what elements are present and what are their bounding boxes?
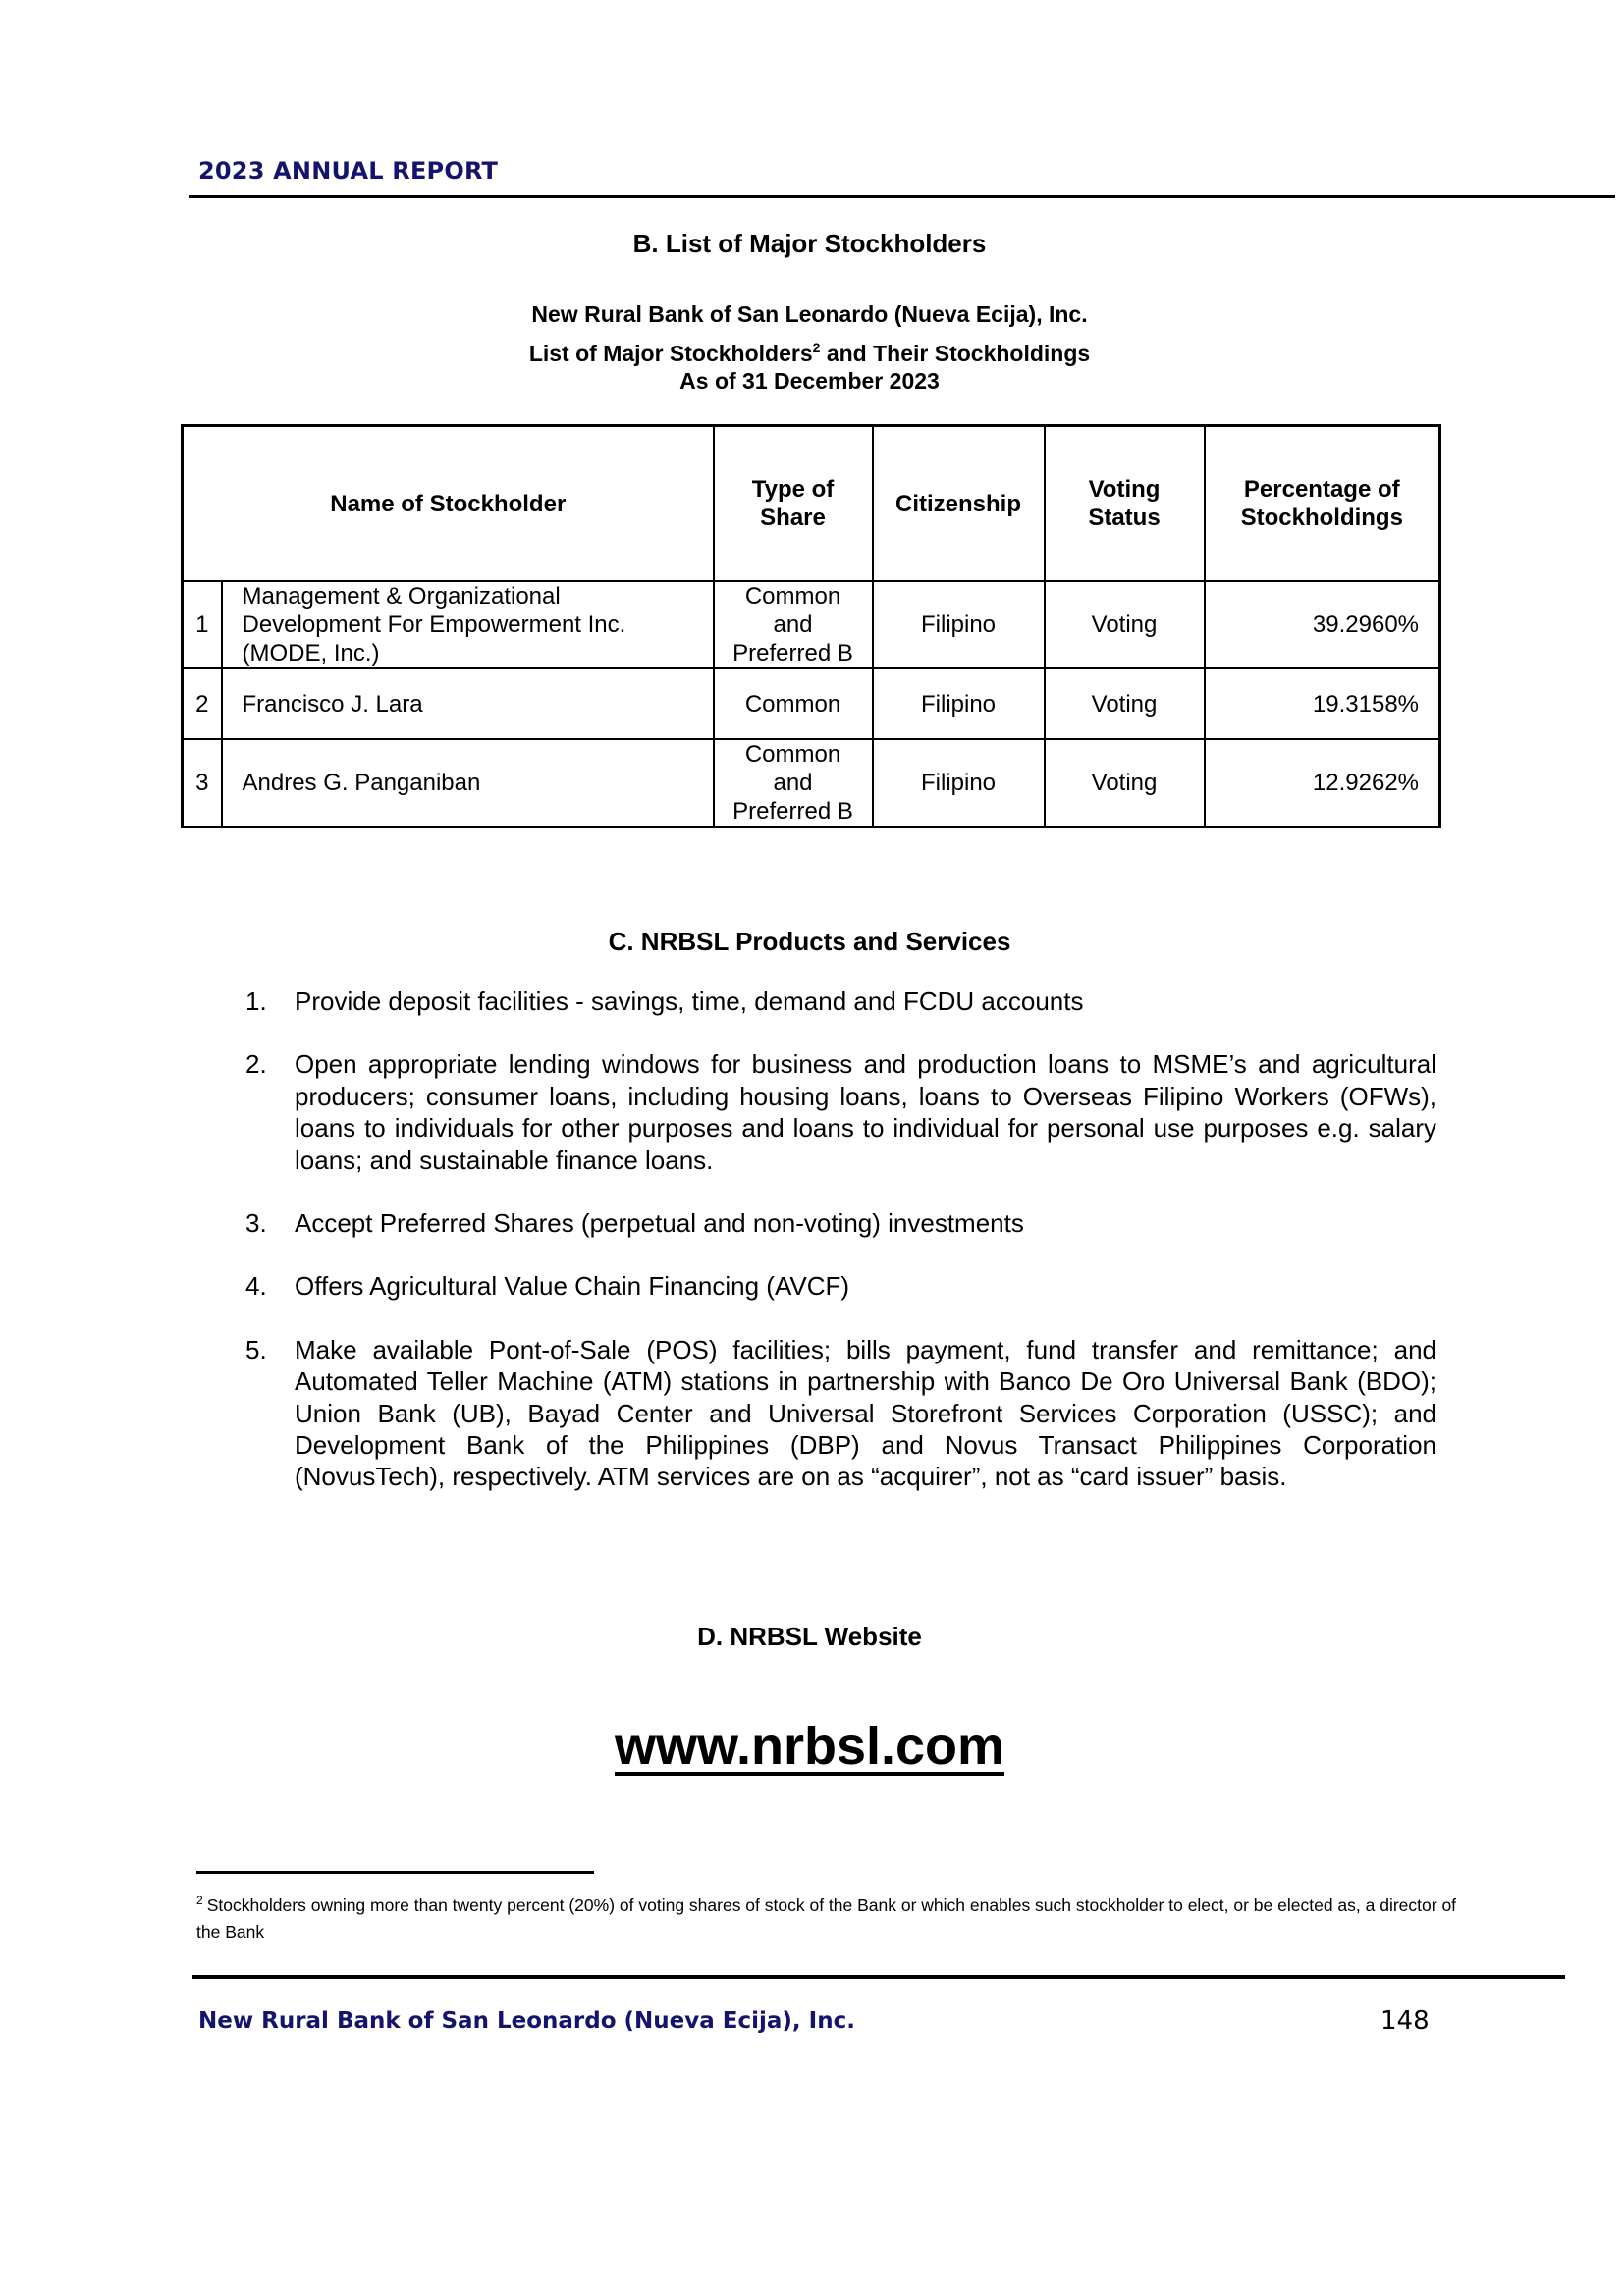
voting-status: Voting bbox=[1045, 739, 1205, 828]
stockholder-name: Francisco J. Lara bbox=[222, 668, 714, 739]
footnote-rule bbox=[196, 1871, 594, 1874]
section-c-heading: C. NRBSL Products and Services bbox=[181, 927, 1438, 957]
share-type: Common bbox=[714, 668, 873, 739]
table-company-title: New Rural Bank of San Leonardo (Nueva Ec… bbox=[181, 300, 1438, 328]
voting-status: Voting bbox=[1045, 581, 1205, 668]
table-row: 2Francisco J. LaraCommonFilipinoVoting19… bbox=[183, 668, 1440, 739]
voting-status: Voting bbox=[1045, 668, 1205, 739]
footer-company: New Rural Bank of San Leonardo (Nueva Ec… bbox=[198, 2008, 855, 2034]
table-subtitle-pre: List of Major Stockholders bbox=[529, 341, 813, 366]
list-item: 3.Accept Preferred Shares (perpetual and… bbox=[245, 1207, 1436, 1239]
table-header-row: Name of Stockholder Type ofShare Citizen… bbox=[183, 426, 1440, 582]
stockholding-percentage: 39.2960% bbox=[1205, 581, 1440, 668]
table-row: 3Andres G. PanganibanCommonandPreferred … bbox=[183, 739, 1440, 828]
list-item: 2.Open appropriate lending windows for b… bbox=[245, 1048, 1436, 1176]
list-item-text: Open appropriate lending windows for bus… bbox=[295, 1048, 1436, 1176]
row-number: 2 bbox=[183, 668, 222, 739]
col-header-citizenship: Citizenship bbox=[873, 426, 1045, 582]
page-number: 148 bbox=[1380, 2006, 1430, 2036]
col-header-type: Type ofShare bbox=[714, 426, 873, 582]
list-item-number: 2. bbox=[245, 1048, 295, 1176]
section-b-heading: B. List of Major Stockholders bbox=[181, 229, 1438, 259]
citizenship: Filipino bbox=[873, 668, 1045, 739]
report-header-title: 2023 ANNUAL REPORT bbox=[198, 157, 498, 185]
website-link[interactable]: www.nrbsl.com bbox=[615, 1717, 1004, 1776]
share-type: CommonandPreferred B bbox=[714, 739, 873, 828]
list-item-number: 1. bbox=[245, 986, 295, 1017]
stockholding-percentage: 19.3158% bbox=[1205, 668, 1440, 739]
col-header-name: Name of Stockholder bbox=[183, 426, 714, 582]
stockholding-percentage: 12.9262% bbox=[1205, 739, 1440, 828]
list-item: 4.Offers Agricultural Value Chain Financ… bbox=[245, 1270, 1436, 1302]
products-services-list: 1.Provide deposit facilities - savings, … bbox=[245, 986, 1436, 1524]
footnote: 2Stockholders owning more than twenty pe… bbox=[196, 1893, 1473, 1946]
table-subtitle: List of Major Stockholders2 and Their St… bbox=[181, 340, 1438, 367]
col-header-percentage: Percentage ofStockholdings bbox=[1205, 426, 1440, 582]
list-item: 1.Provide deposit facilities - savings, … bbox=[245, 986, 1436, 1017]
header-rule bbox=[189, 195, 1615, 198]
col-header-voting-status: VotingStatus bbox=[1045, 426, 1205, 582]
list-item-text: Offers Agricultural Value Chain Financin… bbox=[295, 1270, 1436, 1302]
stockholder-name: Management & OrganizationalDevelopment F… bbox=[222, 581, 714, 668]
list-item-text: Accept Preferred Shares (perpetual and n… bbox=[295, 1207, 1436, 1239]
list-item-number: 4. bbox=[245, 1270, 295, 1302]
table-subtitle-post: and Their Stockholdings bbox=[820, 341, 1090, 366]
major-stockholders-table: Name of Stockholder Type ofShare Citizen… bbox=[181, 424, 1441, 828]
list-item-text: Provide deposit facilities - savings, ti… bbox=[295, 986, 1436, 1017]
footer-rule bbox=[192, 1975, 1565, 1979]
list-item-number: 3. bbox=[245, 1207, 295, 1239]
list-item-number: 5. bbox=[245, 1334, 295, 1493]
footnote-marker: 2 bbox=[196, 1894, 203, 1907]
table-row: 1Management & OrganizationalDevelopment … bbox=[183, 581, 1440, 668]
citizenship: Filipino bbox=[873, 581, 1045, 668]
list-item: 5.Make available Pont-of-Sale (POS) faci… bbox=[245, 1334, 1436, 1493]
row-number: 1 bbox=[183, 581, 222, 668]
stockholder-name: Andres G. Panganiban bbox=[222, 739, 714, 828]
table-as-of-date: As of 31 December 2023 bbox=[181, 367, 1438, 395]
section-d-heading: D. NRBSL Website bbox=[181, 1622, 1438, 1652]
citizenship: Filipino bbox=[873, 739, 1045, 828]
row-number: 3 bbox=[183, 739, 222, 828]
share-type: CommonandPreferred B bbox=[714, 581, 873, 668]
list-item-text: Make available Pont-of-Sale (POS) facili… bbox=[295, 1334, 1436, 1493]
footnote-text: Stockholders owning more than twenty per… bbox=[196, 1896, 1456, 1942]
